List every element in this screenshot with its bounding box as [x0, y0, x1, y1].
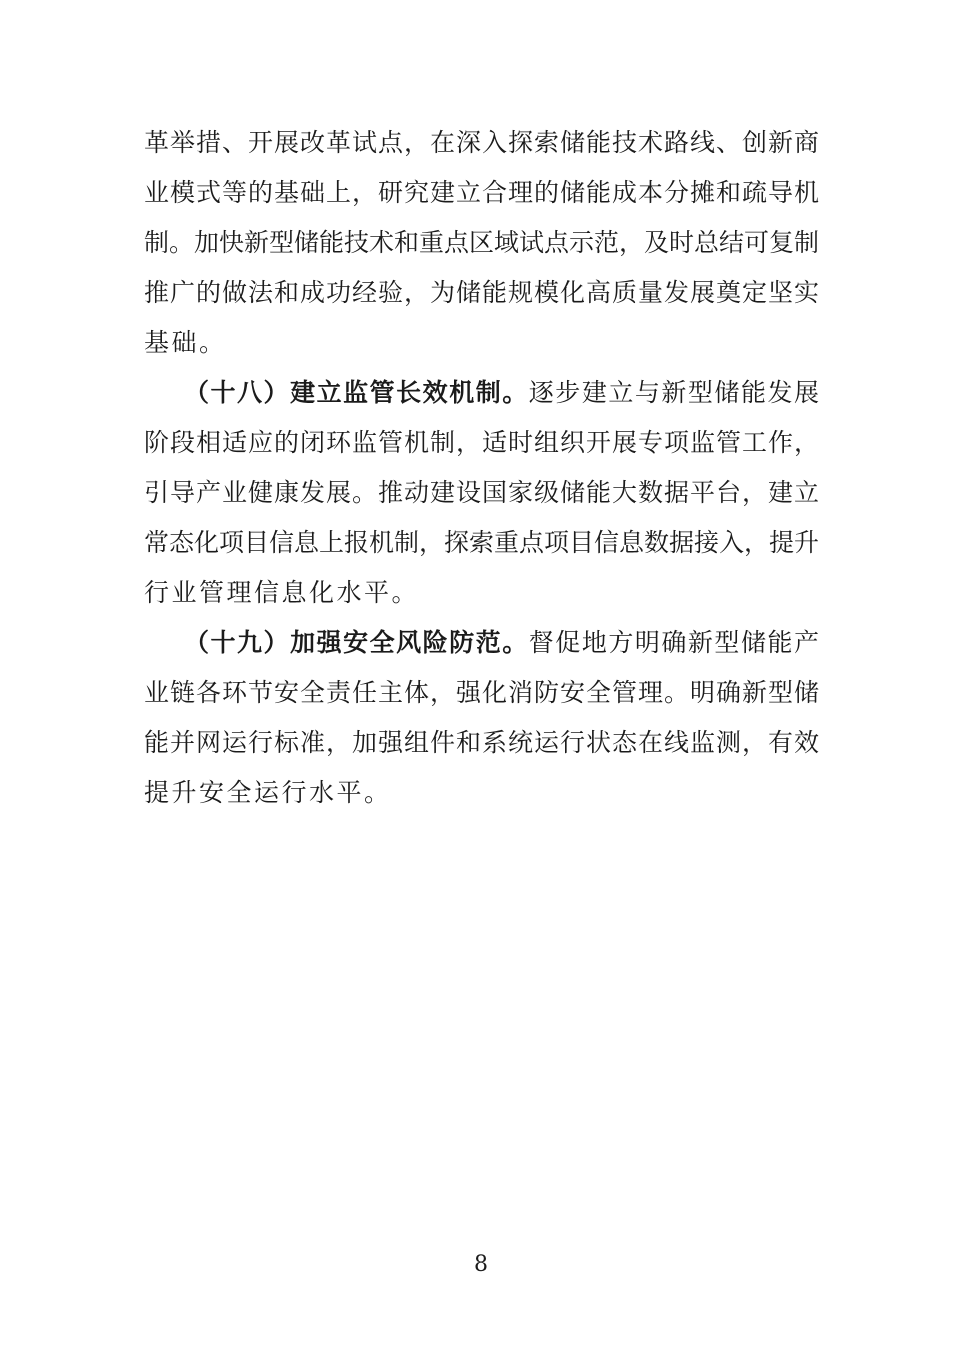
- page-number: 8: [474, 1252, 488, 1277]
- body-text: 督促地方明确新型储能产: [529, 628, 819, 657]
- paragraph-line: 引导产业健康发展。推动建设国家级储能大数据平台，建立: [144, 468, 819, 518]
- body-text: 常态化项目信息上报机制，探索重点项目信息数据接入，提升: [144, 528, 819, 557]
- paragraph-last-line: 行业管理信息化水平。: [144, 568, 819, 618]
- body-text: 基础。: [144, 328, 227, 357]
- paragraph-line: 业链各环节安全责任主体，强化消防安全管理。明确新型储: [144, 668, 819, 718]
- section-19-heading-line: （十九）加强安全风险防范。督促地方明确新型储能产: [144, 618, 819, 668]
- page-footer: 8: [0, 1252, 962, 1277]
- paragraph-line: 阶段相适应的闭环监管机制，适时组织开展专项监管工作，: [144, 418, 819, 468]
- paragraph-line: 制。加快新型储能技术和重点区域试点示范，及时总结可复制: [144, 218, 819, 268]
- paragraph-last-line: 基础。: [144, 318, 819, 368]
- paragraph-line: 业模式等的基础上，研究建立合理的储能成本分摊和疏导机: [144, 168, 819, 218]
- section-18-heading: （十八）建立监管长效机制。: [184, 378, 529, 407]
- document-page: 革举措、开展改革试点，在深入探索储能技术路线、创新商 业模式等的基础上，研究建立…: [0, 0, 962, 1362]
- paragraph-last-line: 提升安全运行水平。: [144, 768, 819, 818]
- body-text: 阶段相适应的闭环监管机制，适时组织开展专项监管工作，: [144, 428, 819, 457]
- body-text: 推广的做法和成功经验，为储能规模化高质量发展奠定坚实: [144, 278, 819, 307]
- body-text: 业链各环节安全责任主体，强化消防安全管理。明确新型储: [144, 678, 819, 707]
- body-text: 提升安全运行水平。: [144, 778, 392, 807]
- body-text: 制。加快新型储能技术和重点区域试点示范，及时总结可复制: [144, 228, 819, 257]
- body-text: 引导产业健康发展。推动建设国家级储能大数据平台，建立: [144, 478, 819, 507]
- body-text: 能并网运行标准，加强组件和系统运行状态在线监测，有效: [144, 728, 819, 757]
- document-body: 革举措、开展改革试点，在深入探索储能技术路线、创新商 业模式等的基础上，研究建立…: [144, 118, 819, 818]
- paragraph-line: 推广的做法和成功经验，为储能规模化高质量发展奠定坚实: [144, 268, 819, 318]
- body-text: 业模式等的基础上，研究建立合理的储能成本分摊和疏导机: [144, 178, 819, 207]
- paragraph-line: 革举措、开展改革试点，在深入探索储能技术路线、创新商: [144, 118, 819, 168]
- paragraph-line: 能并网运行标准，加强组件和系统运行状态在线监测，有效: [144, 718, 819, 768]
- section-19-heading: （十九）加强安全风险防范。: [184, 628, 529, 657]
- body-text: 行业管理信息化水平。: [144, 578, 419, 607]
- body-text: 革举措、开展改革试点，在深入探索储能技术路线、创新商: [144, 128, 819, 157]
- body-text: 逐步建立与新型储能发展: [529, 378, 819, 407]
- section-18-heading-line: （十八）建立监管长效机制。逐步建立与新型储能发展: [144, 368, 819, 418]
- paragraph-line: 常态化项目信息上报机制，探索重点项目信息数据接入，提升: [144, 518, 819, 568]
